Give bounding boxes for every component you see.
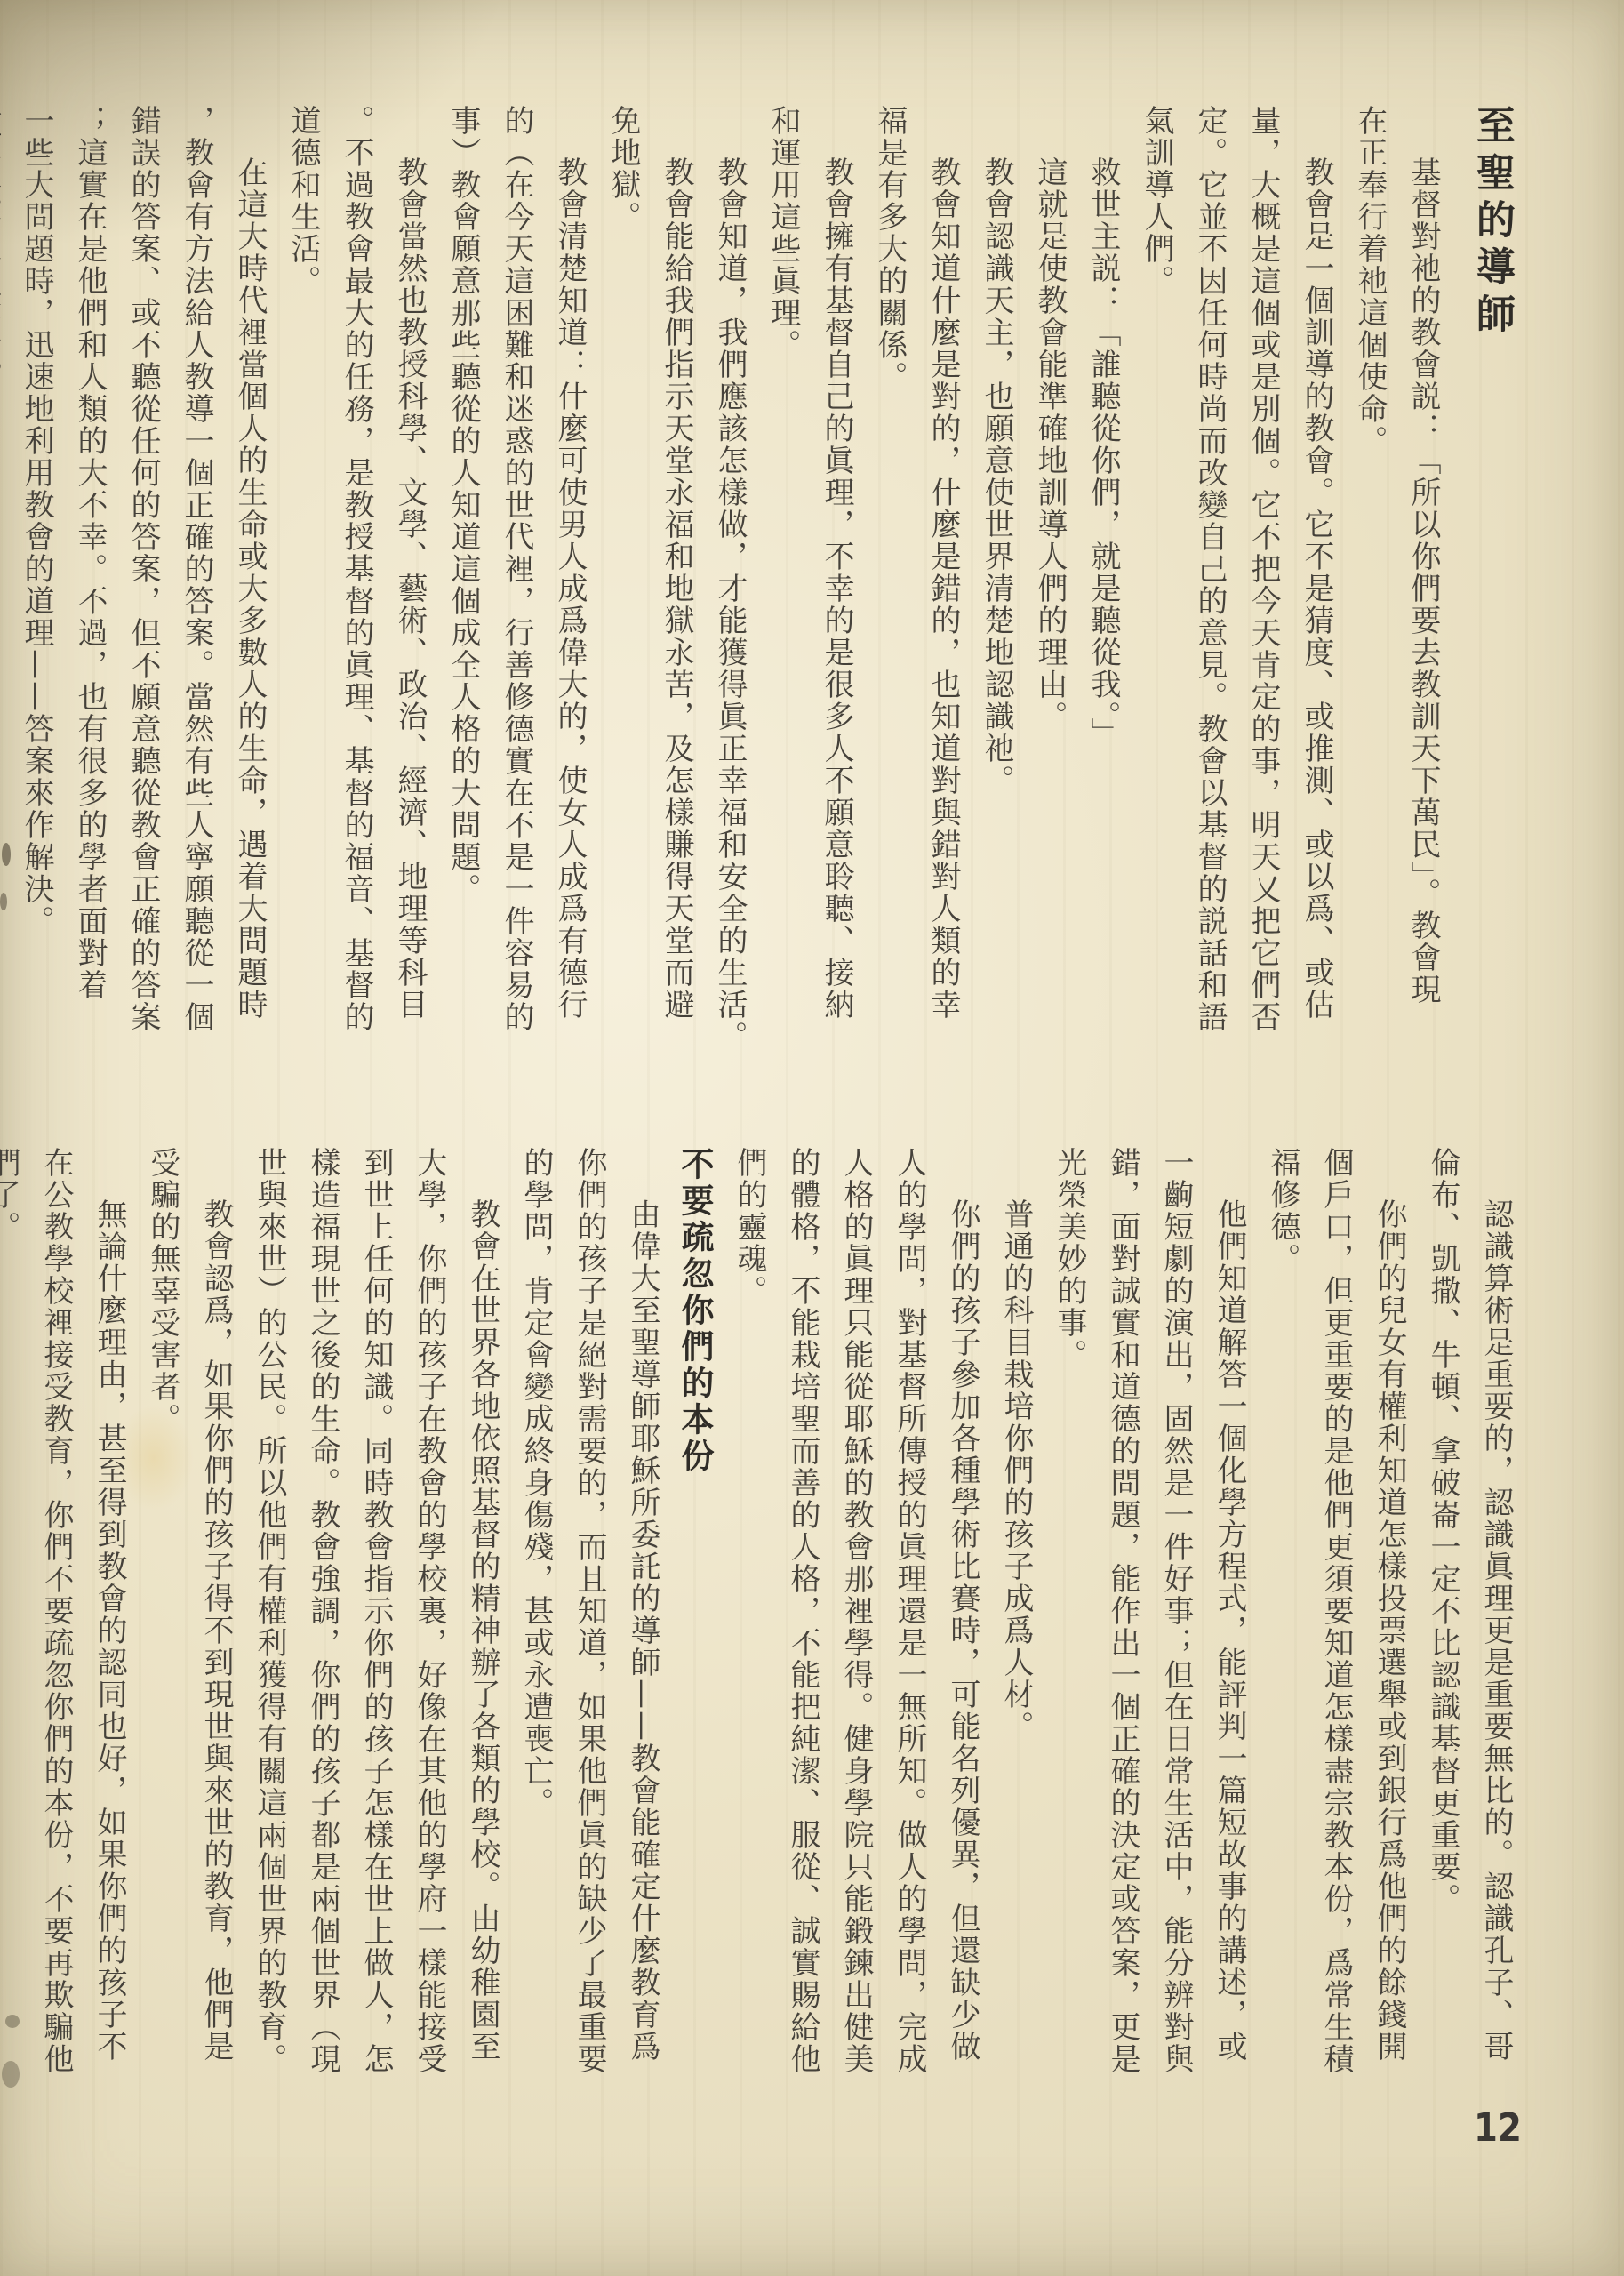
text-column: 個戶口，但更重要的是他們更須要知道怎樣盡宗教本份，爲常生積 (1305, 1147, 1358, 2075)
text-column: 在正奉行着祂這個使命。 (1339, 105, 1392, 457)
text-column: 教會當然也教授科學、文學、藝術、政治、經濟、地理等科目 (379, 105, 432, 1021)
text-column: 福是有多大的關係。 (859, 105, 912, 393)
ink-speck (0, 893, 7, 910)
text-column: 教會知道，我們應該怎樣做，才能獲得眞正幸福和安全的生活。 (699, 105, 752, 1053)
text-column: 們了。 (0, 1147, 25, 1243)
text-column: 事）教會願意那些聽從的人知道這個成全人格的大問題。 (432, 105, 485, 905)
text-column: 在這大時代裡當個人的生命或大多數人的生命，遇着大問題時 (219, 105, 272, 1021)
text-column: 教會能給我們指示天堂永福和地獄永苦，及怎樣賺得天堂而避 (645, 105, 699, 1021)
scanned-book-page: 至聖的導師基督對祂的教會説：「所以你們要去教訓天下萬民」。教會現在正奉行着祂這個… (0, 0, 1624, 2276)
text-column: 受騙的無辜受害者。 (132, 1147, 185, 1435)
section-heading: 不要疏忽你們的本份 (665, 1147, 718, 1475)
article-title: 至聖的導師 (1445, 105, 1518, 341)
text-column: 道德和生活。 (272, 105, 325, 297)
text-column: 無論什麼理由，甚至得到教會的認同也好，如果你們的孩子不 (78, 1147, 132, 2063)
text-column: 教會在世界各地依照基督的精神辦了各類的學校。由幼稚園至 (452, 1147, 505, 2063)
text-column: 認識算術是重要的，認識眞理更是重要無比的。認識孔子、哥 (1465, 1147, 1518, 2063)
text-column: 由偉大至聖導師耶穌所委託的導師——教會能確定什麼教育爲 (612, 1147, 665, 2063)
text-column: 普通的科目栽培你們的孩子成爲人材。 (985, 1147, 1038, 1743)
text-column: 的體格，不能栽培聖而善的人格，不能把純潔、服從、誠實賜給他 (772, 1147, 825, 2075)
text-column: 免地獄。 (592, 105, 645, 233)
text-column: 他們知道解答一個化學方程式，能評判一篇短故事的講述，或 (1198, 1147, 1252, 2063)
text-column: 。不過教會最大的任務，是教授基督的眞理、基督的福音、基督的 (325, 105, 379, 1033)
ink-speck (2, 2061, 20, 2088)
text-column: 大學，你們的孩子在教會的學校裏，好像在其他的學府一樣能接受 (398, 1147, 452, 2075)
text-column: 量，大概是這個或是別個。它不把今天肯定的事，明天又把它們否 (1232, 105, 1285, 1033)
text-column: 教會擁有基督自己的眞理，不幸的是很多人不願意聆聽、接納 (805, 105, 859, 1021)
article-top-section: 至聖的導師基督對祂的教會説：「所以你們要去教訓天下萬民」。教會現在正奉行着祂這個… (82, 105, 1518, 1065)
text-column: 世與來世）的公民。所以他們有權利獲得有關這兩個世界的教育。 (238, 1147, 292, 2075)
text-column: 和運用這些眞理。 (752, 105, 805, 361)
text-column: 基督對祂的教會説：「所以你們要去教訓天下萬民」。教會現 (1392, 105, 1445, 1006)
text-column: 們的靈魂。 (718, 1147, 772, 1307)
text-column: 教會認識天主，也願意使世界清楚地認識祂。 (965, 105, 1019, 797)
text-column: 人格的眞理只能從耶穌的教會那裡學得。健身學院只能鍛鍊出健美 (825, 1147, 878, 2075)
text-column: 救世主説：「誰聽從你們，就是聽從我。」 (1072, 105, 1125, 749)
text-column: 你們的孩子是絕對需要的，而且知道，如果他們眞的缺少了最重要 (558, 1147, 612, 2075)
text-column: 人的學問，對基督所傳授的眞理還是一無所知。做人的學問，完成 (878, 1147, 932, 2075)
text-column: 一齣短劇的演出，固然是一件好事；但在日常生活中，能分辨對與 (1145, 1147, 1198, 2075)
text-column: 一些大問題時，迅速地利用教會的道理——答案來作解決。 (5, 105, 59, 937)
text-column: 你們的兒女有權利知道怎樣投票選舉或到銀行爲他們的餘錢開 (1358, 1147, 1412, 2063)
ink-speck (5, 2015, 20, 2028)
text-column: 的（在今天這困難和迷惑的世代裡，行善修德實在不是一件容易的 (485, 105, 539, 1033)
text-column: 這就是使教會能準確地訓導人們的理由。 (1019, 105, 1072, 733)
text-column: 的學問，肯定會變成終身傷殘，甚或永遭喪亡。 (505, 1147, 558, 1819)
ink-speck (2, 843, 11, 866)
text-column: 教會清楚知道：什麼可使男人成爲偉大的，使女人成爲有德行 (539, 105, 592, 1021)
text-column: 錯，面對誠實和道德的問題，能作出一個正確的決定或答案，更是 (1092, 1147, 1145, 2075)
text-column: 教會是一個訓導的教會。它不是猜度、或推測、或以爲、或估 (1285, 105, 1339, 1021)
text-column: 錯誤的答案、或不聽從任何的答案，但不願意聽從教會正確的答案 (112, 105, 165, 1033)
article-bottom-section: 認識算術是重要的，認識眞理更是重要無比的。認識孔子、哥倫布、凱撒、牛頓、拿破崙一… (82, 1147, 1518, 2086)
text-column: 樣造福現世之後的生命。教會強調，你們的孩子都是兩個世界（現 (292, 1147, 345, 2075)
text-column: 到世上任何的知識。同時教會指示你們的孩子怎樣在世上做人，怎 (345, 1147, 398, 2075)
text-column: ，教會有方法給人教導一個正確的答案。當然有些人寧願聽從一個 (165, 105, 219, 1033)
text-column: 光榮美妙的事。 (1038, 1147, 1092, 1371)
text-column: 教會知道什麼是對的，什麼是錯的，也知道對與錯對人類的幸 (912, 105, 965, 1021)
text-column: ；這實在是他們和人類的大不幸。不過，也有很多的學者面對着 (59, 105, 112, 1001)
text-column: 定。它並不因任何時尚而改變自己的意見。教會以基督的説話和語 (1179, 105, 1232, 1033)
text-column: 倫布、凱撒、牛頓、拿破崙一定不比認識基督更重要。 (1412, 1147, 1465, 1915)
text-column: 在公教學校裡接受教育，你們不要疏忽你們的本份，不要再欺騙他 (25, 1147, 78, 2075)
text-column: 你們的孩子參加各種學術比賽時，可能名列優異，但還缺少做 (932, 1147, 985, 2063)
text-column: 福修德。 (1252, 1147, 1305, 1275)
page-number: 12 (1474, 2105, 1522, 2151)
text-column: 教會認爲，如果你們的孩子得不到現世與來世的教育，他們是 (185, 1147, 238, 2063)
text-column: 氣訓導人們。 (1125, 105, 1179, 297)
